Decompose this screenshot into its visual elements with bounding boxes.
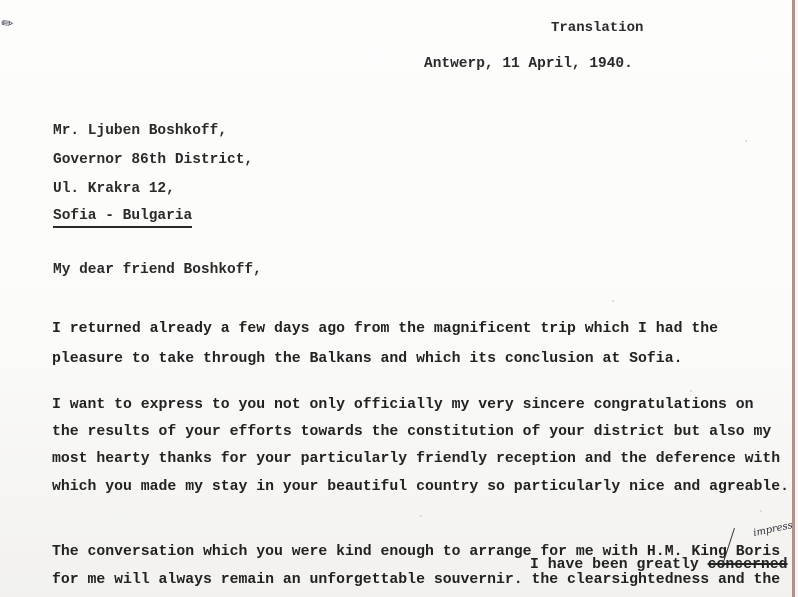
ink-mark-icon: ✎ <box>0 14 18 34</box>
paper-speck <box>612 300 614 302</box>
recipient-title: Governor 86th District, <box>53 152 253 168</box>
paper-speck <box>760 510 762 512</box>
paragraph-2-line-2: the results of your efforts towards the … <box>52 424 771 440</box>
paragraph-3-line-2: for me will always remain an unforgettab… <box>52 572 780 588</box>
recipient-street: Ul. Krakra 12, <box>53 181 175 197</box>
recipient-name: Mr. Ljuben Boshkoff, <box>53 123 227 139</box>
letter-page: ✎ Translation Antwerp, 11 April, 1940. M… <box>0 0 795 597</box>
paragraph-3-insertion: I have been greatly concerned <box>530 557 788 573</box>
recipient-city-text: Sofia - Bulgaria <box>53 208 192 228</box>
paper-speck <box>690 390 692 392</box>
paper-speck <box>745 140 747 142</box>
insertion-text: I have been greatly <box>530 557 699 573</box>
handwritten-note: impress <box>752 520 793 539</box>
salutation: My dear friend Boshkoff, <box>53 262 262 278</box>
paragraph-1-line-2: pleasure to take through the Balkans and… <box>52 351 682 367</box>
struck-text: concerned <box>708 557 788 573</box>
dateline: Antwerp, 11 April, 1940. <box>424 56 633 72</box>
recipient-city: Sofia - Bulgaria <box>53 208 192 224</box>
paragraph-2-line-1: I want to express to you not only offici… <box>52 397 754 413</box>
paragraph-2-line-4: which you made my stay in your beautiful… <box>52 479 789 495</box>
document-header: Translation <box>551 20 643 36</box>
paragraph-1-line-1: I returned already a few days ago from t… <box>52 321 718 337</box>
page-edge <box>792 0 795 597</box>
paragraph-2-line-3: most hearty thanks for your particularly… <box>52 451 780 467</box>
paper-speck <box>420 515 422 517</box>
